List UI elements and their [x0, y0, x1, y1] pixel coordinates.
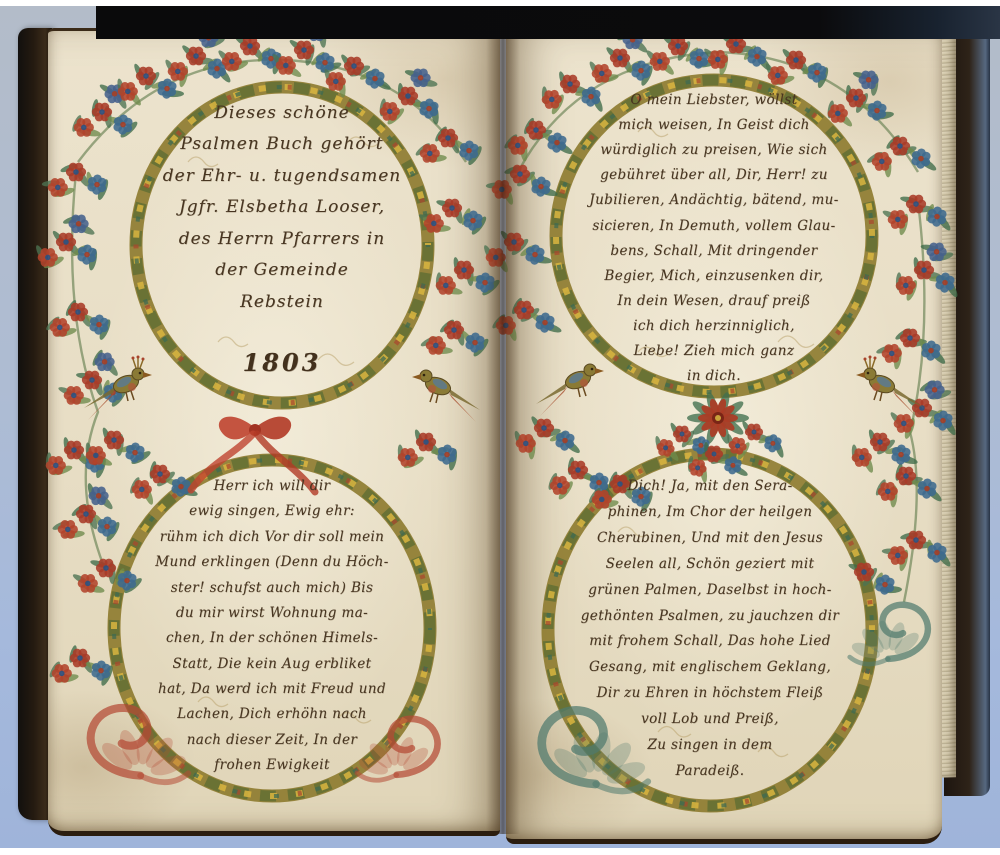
photograph-of-open-psalm-book: Dieses schöne Psalmen Buch gehört der Eh… [0, 0, 1000, 855]
bottom-left-medallion-text: Herr ich will dir ewig singen, Ewig ehr:… [120, 474, 424, 779]
year-inscription: 1803 [178, 348, 386, 377]
scan-top-dark-bar [96, 6, 1000, 39]
book-spine-left [18, 28, 52, 820]
bottom-right-medallion-text: Dich! Ja, mit den Sera- phinen, Im Chor … [556, 474, 864, 785]
top-left-medallion-text: Dieses schöne Psalmen Buch gehört der Eh… [156, 98, 408, 318]
open-book: Dieses schöne Psalmen Buch gehört der Eh… [18, 12, 990, 840]
top-right-medallion-text: O mein Liebster, wöllst mich weisen, In … [562, 88, 866, 389]
